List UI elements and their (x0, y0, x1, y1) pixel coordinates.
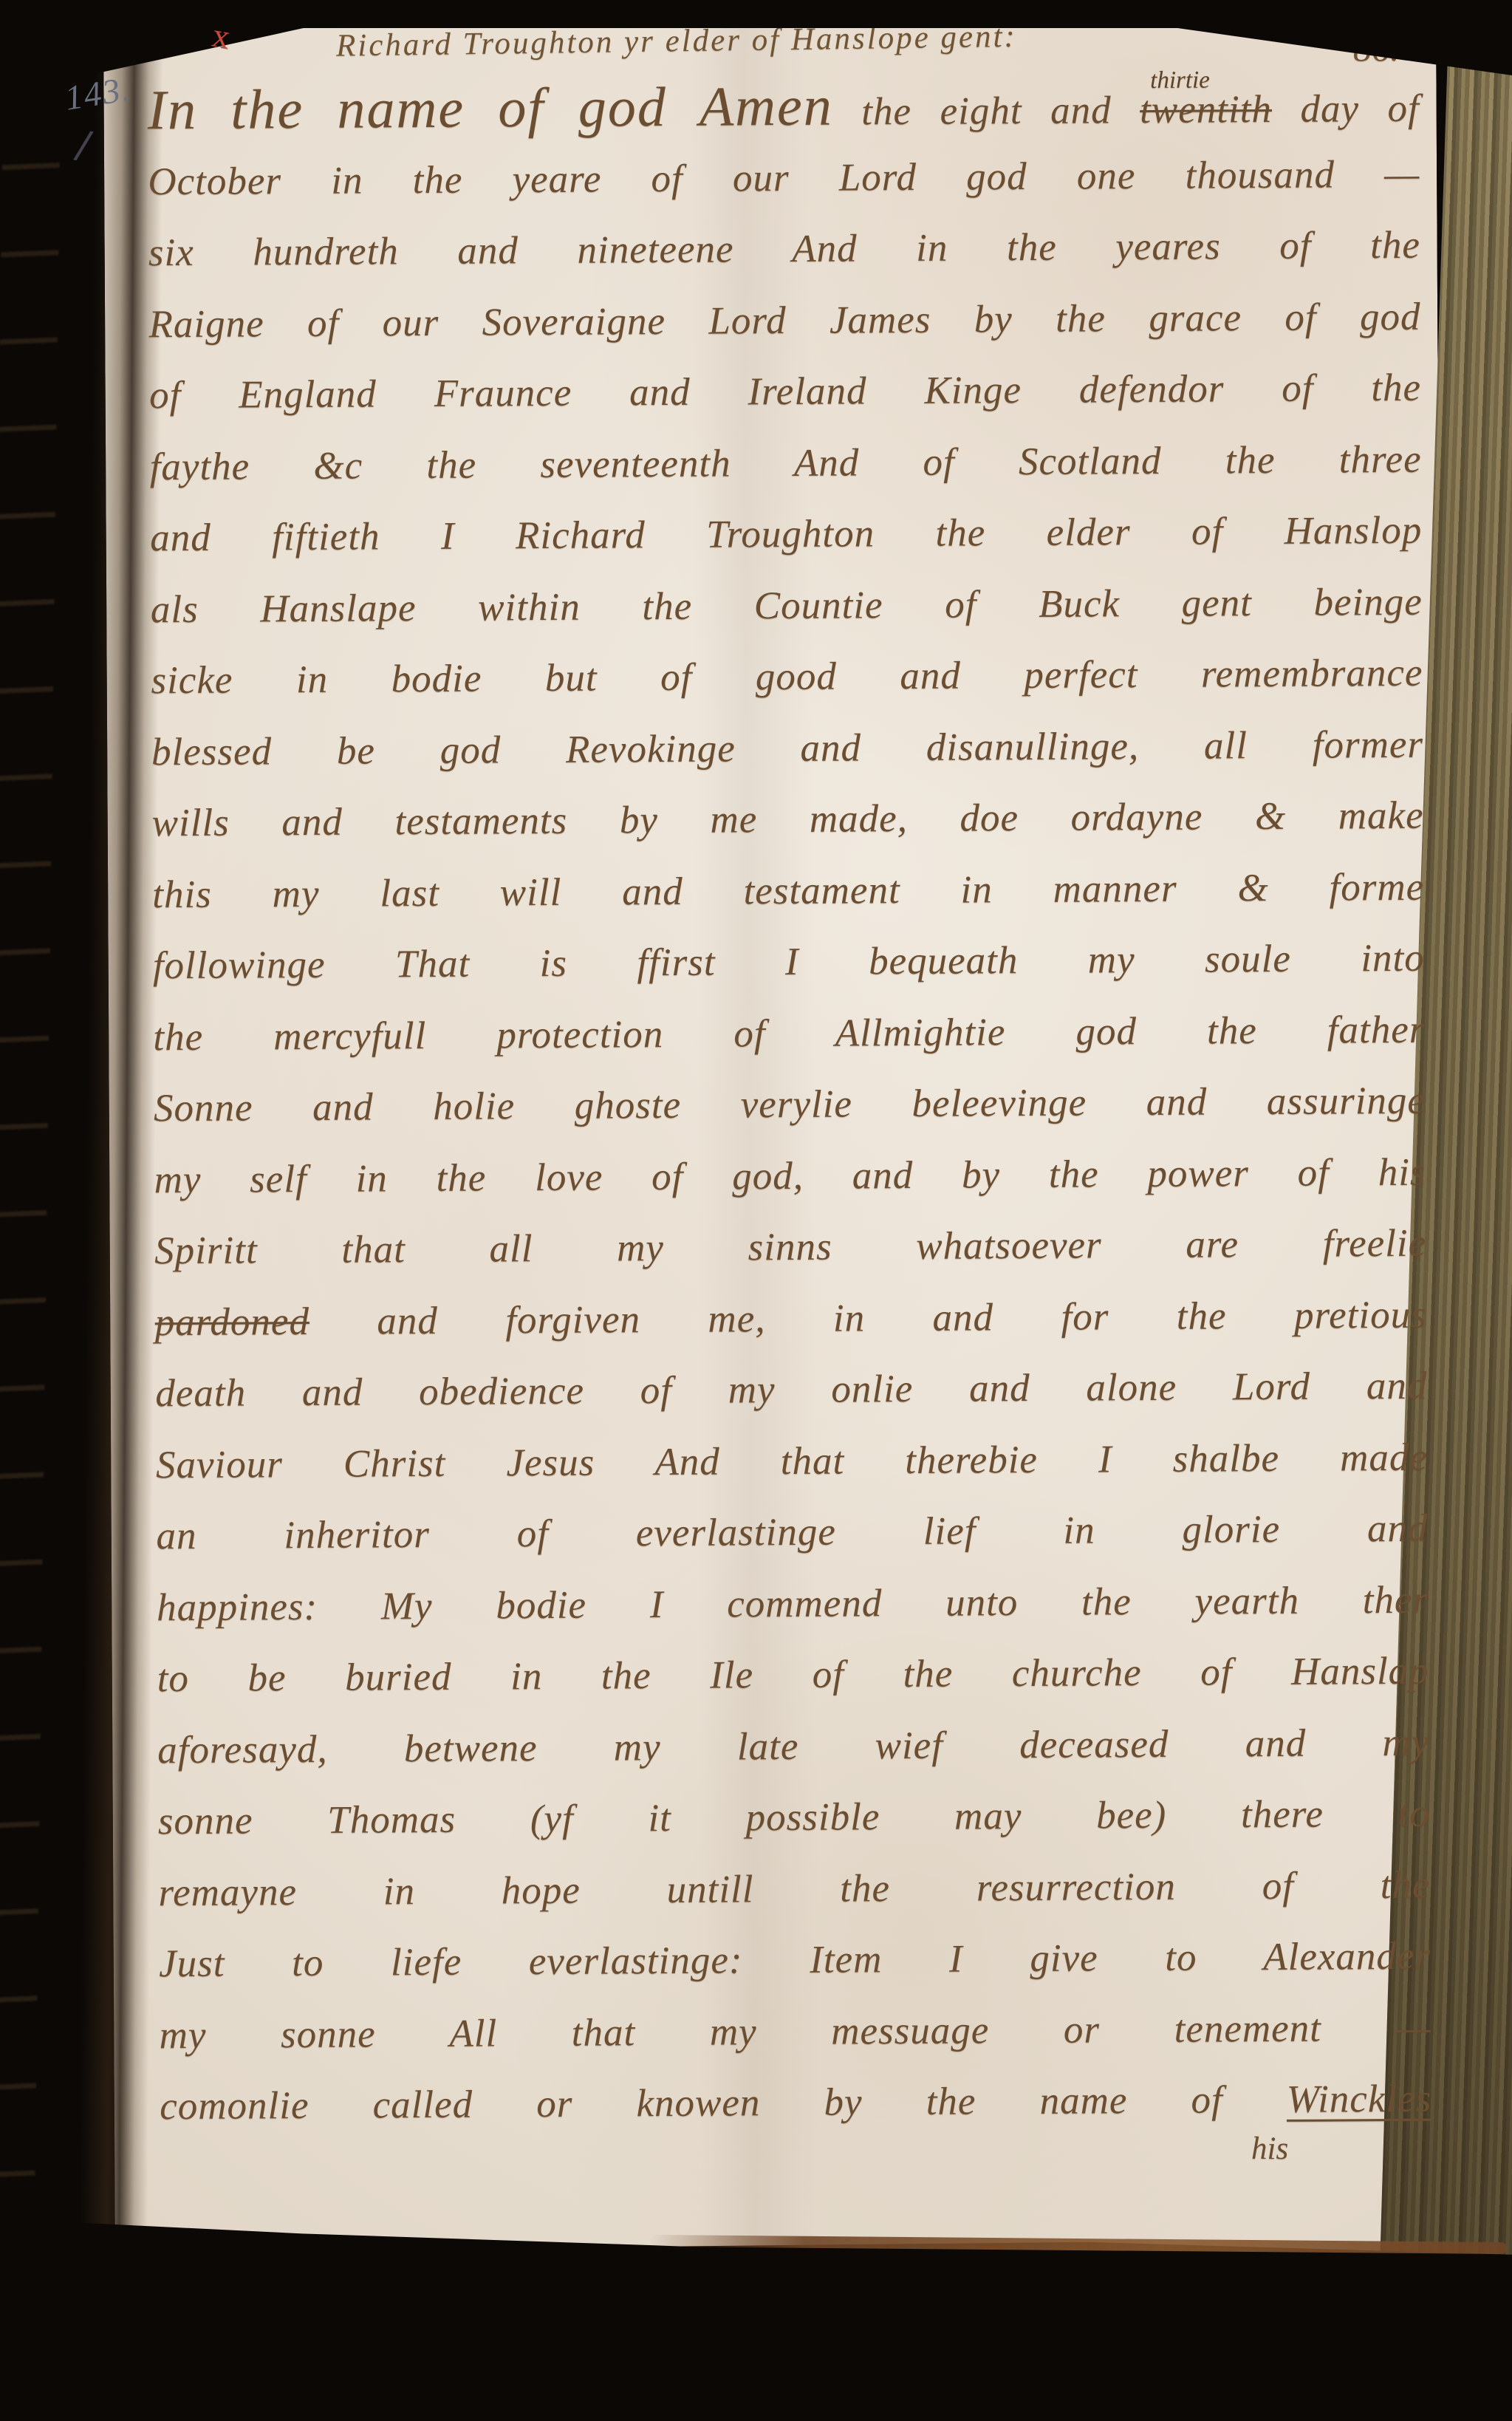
manuscript-line: sonne Thomas (yf it possible may bee) th… (158, 1778, 1431, 1857)
manuscript-photo: Richard Troughton yr elder of Hanslope g… (0, 0, 1512, 2421)
manuscript-line: remayne in hope untill the resurrection … (158, 1849, 1431, 1928)
manuscript-line: Spiritt that all my sinns whatsoever are… (154, 1208, 1427, 1287)
manuscript-line: Saviour Christ Jesus And that therebie I… (156, 1421, 1429, 1500)
manuscript-line: followinge That is ffirst I bequeath my … (153, 923, 1426, 1002)
text-segment: comonlie called or knowen by the name of (160, 2078, 1287, 2128)
text-segment: faythe &c the seventeenth And of Scotlan… (150, 437, 1422, 488)
text-segment: October in the yeare of our Lord god one… (148, 152, 1420, 203)
manuscript-line: my sonne All that my messuage or tenemen… (159, 1992, 1431, 2071)
text-segment: wills and testaments by me made, doe ord… (151, 794, 1423, 845)
catchword: his (1251, 2131, 1288, 2167)
text-segment: sonne Thomas (yf it possible may bee) th… (158, 1792, 1430, 1843)
text-segment: Just to liefe everlastinge: Item I give … (159, 1935, 1431, 1986)
manuscript-line: an inheritor of everlastinge lief in glo… (156, 1493, 1429, 1572)
text-segment: death and obedience of my onlie and alon… (155, 1365, 1427, 1416)
text-segment: Spiritt that all my sinns whatsoever are… (154, 1222, 1426, 1273)
text-segment: six hundreth and nineteene And in the ye… (148, 224, 1420, 275)
text-segment: Saviour Christ Jesus And that therebie I… (156, 1435, 1428, 1486)
manuscript-line: Sonne and holie ghoste verylie beleeving… (154, 1065, 1426, 1144)
text-segment: remayne in hope untill the resurrection … (158, 1863, 1430, 1914)
interlined-word: thirtie (1150, 68, 1210, 92)
text-segment: of England Fraunce and Ireland Kinge def… (149, 366, 1421, 417)
text-segment: my self in the love of god, and by the p… (154, 1150, 1426, 1201)
manuscript-line: happines: My bodie I commend unto the ye… (157, 1564, 1429, 1643)
text-segment: blessed be god Revokinge and disanulling… (151, 723, 1423, 774)
manuscript-line: and fiftieth I Richard Troughton the eld… (150, 495, 1423, 574)
text-segment: and fiftieth I Richard Troughton the eld… (150, 509, 1422, 560)
text-segment: this my last will and testament in manne… (152, 865, 1424, 916)
manuscript-line: the mercyfull protection of Allmightie g… (153, 994, 1426, 1073)
manuscript-line: death and obedience of my onlie and alon… (155, 1350, 1428, 1430)
manuscript-line: of England Fraunce and Ireland Kinge def… (149, 352, 1422, 431)
manuscript-line: this my last will and testament in manne… (152, 851, 1425, 930)
manuscript-line: Just to liefe everlastinge: Item I give … (159, 1921, 1431, 2000)
manuscript-line: six hundreth and nineteene And in the ye… (148, 210, 1421, 289)
text-segment: als Hanslape within the Countie of Buck … (151, 580, 1423, 631)
text-segment: the mercyfull protection of Allmightie g… (153, 1008, 1425, 1059)
text-segment: sicke in bodie but of good and perfect r… (151, 652, 1423, 703)
text-segment: twentiththirtie (1140, 87, 1272, 132)
text-segment: Winckles (1287, 2077, 1432, 2121)
text-segment: pardoned (155, 1300, 310, 1343)
manuscript-line: blessed be god Revokinge and disanulling… (151, 708, 1424, 788)
text-segment: In the name of god Amen (148, 75, 833, 142)
manuscript-line: als Hanslape within the Countie of Buck … (151, 566, 1423, 645)
manuscript-line: my self in the love of god, and by the p… (154, 1136, 1426, 1215)
manuscript-line: comonlie called or knowen by the name of… (160, 2063, 1432, 2142)
manuscript-line: In the name of god Amen the eight and tw… (147, 67, 1420, 146)
manuscript-line: October in the yeare of our Lord god one… (148, 138, 1420, 217)
text-segment: happines: My bodie I commend unto the ye… (157, 1578, 1429, 1629)
text-segment: aforesayd, betwene my late wief deceased… (157, 1721, 1429, 1772)
facing-page-text-fragments (0, 94, 61, 2259)
manuscript-lines: In the name of god Amen the eight and tw… (147, 67, 1431, 2142)
text-segment: an inheritor of everlastinge lief in glo… (156, 1507, 1428, 1558)
text-segment: to be buried in the Ile of the churche o… (157, 1650, 1429, 1701)
manuscript-line: aforesayd, betwene my late wief deceased… (157, 1707, 1430, 1786)
manuscript-line: Raigne of our Soveraigne Lord James by t… (148, 281, 1421, 360)
manuscript-line: sicke in bodie but of good and perfect r… (151, 638, 1423, 717)
text-segment: Sonne and holie ghoste verylie beleeving… (154, 1079, 1426, 1130)
text-segment: Raigne of our Soveraigne Lord James by t… (148, 295, 1420, 346)
manuscript-line: pardoned and forgiven me, in and for the… (154, 1279, 1427, 1358)
text-segment: my sonne All that my messuage or tenemen… (160, 2006, 1431, 2057)
manuscript-line: faythe &c the seventeenth And of Scotlan… (149, 423, 1422, 502)
manuscript-line: to be buried in the Ile of the churche o… (157, 1636, 1429, 1715)
text-segment: day of (1272, 87, 1420, 131)
text-segment: and forgiven me, in and for the pretious (309, 1293, 1427, 1342)
text-segment: followinge That is ffirst I bequeath my … (153, 937, 1425, 988)
manuscript-line: wills and testaments by me made, doe ord… (151, 780, 1424, 859)
text-segment: the eight and (833, 89, 1140, 134)
